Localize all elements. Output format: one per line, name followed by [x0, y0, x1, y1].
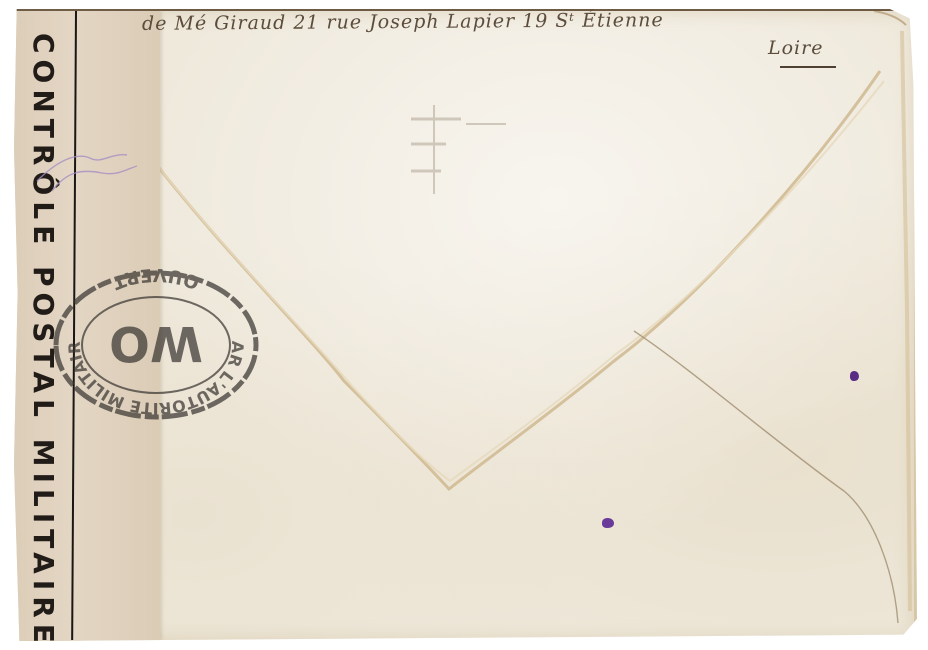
svg-text:OUVERT: OUVERT — [109, 267, 202, 293]
department-underline — [780, 66, 836, 68]
envelope-back: CONTRÔLE POSTAL MILITAIRE PAR L'AUTORITÉ… — [14, 9, 917, 641]
sender-address-line: de Mé Giraud 21 rue Joseph Lapier 19 Sᵗ … — [142, 9, 664, 35]
purple-ink-spot — [850, 371, 859, 381]
oval-censor-cachet: PAR L'AUTORITÉ MILITAIRE OUVERT WO — [50, 267, 262, 423]
sender-address-department: Loire — [768, 37, 823, 59]
purple-ink-spot — [602, 518, 614, 528]
cachet-center-text: WO — [109, 315, 203, 371]
purple-pencil-scribble — [32, 141, 142, 201]
faint-offset-mark — [406, 99, 516, 209]
cachet-bottom-arc-text: OUVERT — [109, 267, 202, 293]
